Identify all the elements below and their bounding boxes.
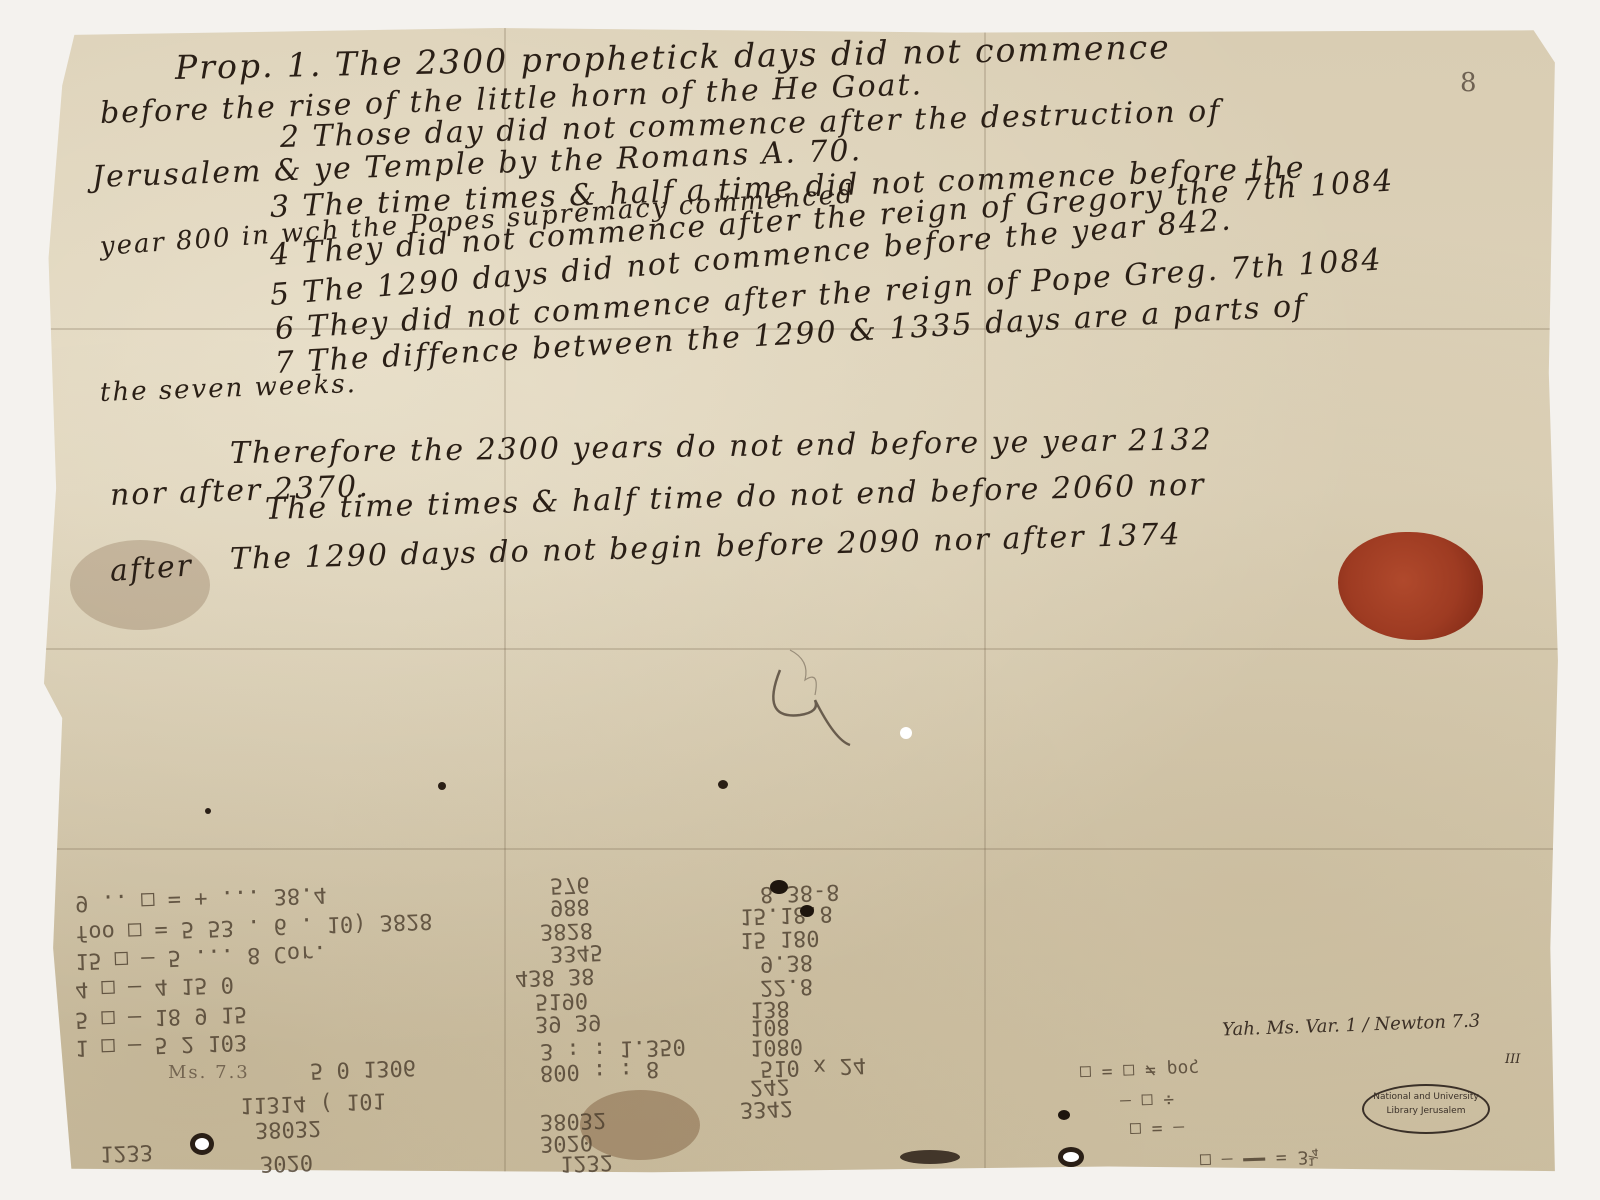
calc-line: □ — ━━ = 3¼: [1200, 1146, 1320, 1171]
calc-line: □ = —: [1130, 1117, 1185, 1140]
calc-line: 38032: [255, 1115, 322, 1142]
shelfmark-sub: III: [1505, 1052, 1520, 1067]
ink-blot: [438, 782, 446, 790]
calc-line: 5 0 1306: [310, 1054, 417, 1083]
page-number: 8: [1460, 68, 1477, 98]
calc-line: 9.38: [760, 949, 814, 976]
calc-line: 11314 ( 101: [240, 1087, 386, 1117]
calc-line: 15 180: [740, 925, 820, 953]
ink-blot: [1058, 1110, 1070, 1120]
calc-line: 1233: [100, 1139, 154, 1166]
calc-line: — □ ÷: [1120, 1089, 1175, 1112]
ink-blot: [800, 905, 814, 917]
paper-hole: [900, 727, 912, 739]
marginal-sketch: [760, 640, 880, 760]
ink-blot: [718, 780, 728, 789]
manuscript-line: after: [109, 548, 194, 589]
paper-hole: [195, 1138, 209, 1150]
ink-blot: [205, 808, 211, 814]
margin-note: Ms. 7.3: [168, 1062, 250, 1083]
ink-blot: [770, 880, 788, 894]
library-stamp: National and University Library Jerusale…: [1362, 1084, 1490, 1134]
calc-line: 3020: [260, 1149, 314, 1176]
calc-line: 988: [550, 893, 591, 919]
calc-line: 3345: [550, 939, 604, 966]
paper-hole: [1063, 1152, 1079, 1162]
calc-line: 438 38: [515, 963, 595, 991]
calc-line: 1232: [560, 1149, 614, 1176]
fold-line: [44, 848, 1564, 850]
ink-smudge: [900, 1150, 960, 1164]
calc-line: 3342: [740, 1095, 794, 1122]
calc-line: 800 : : 8: [540, 1056, 660, 1085]
calc-line: □ = □ ≠ ρος: [1080, 1058, 1200, 1083]
calc-line: 15.18.8: [740, 900, 834, 928]
calc-line: 39 39: [535, 1009, 602, 1036]
